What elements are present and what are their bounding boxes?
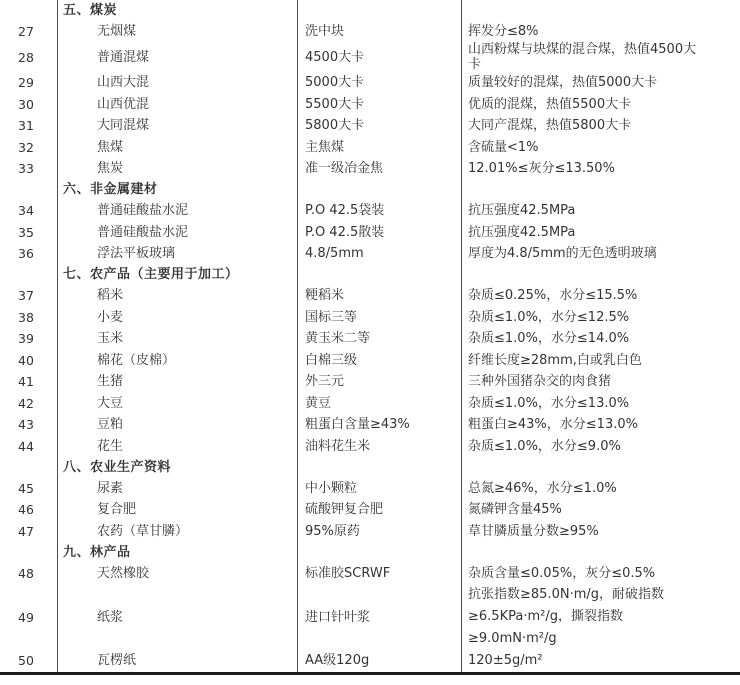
commodity-name: 焦炭 xyxy=(58,158,298,180)
commodity-spec: 黄玉米二等 xyxy=(298,328,462,350)
table-row: 50 瓦楞纸 AA级120g 120±5g/m² xyxy=(0,650,740,672)
commodity-name: 山西优混 xyxy=(58,94,298,116)
row-number-empty xyxy=(0,180,58,201)
commodity-name: 尿素 xyxy=(58,478,298,500)
commodity-spec: 黄豆 xyxy=(298,393,462,415)
section-title: 九、林产品 xyxy=(58,542,298,563)
commodity-spec: 主焦煤 xyxy=(298,137,462,159)
row-number-empty xyxy=(0,0,58,21)
table-row: 49 纸浆 进口针叶浆 抗张指数≥85.0N·m/g，耐破指数 ≥6.5KPa·… xyxy=(0,584,740,650)
row-number: 49 xyxy=(0,584,58,650)
table-row: 39 玉米 黄玉米二等 杂质≤1.0%，水分≤14.0% xyxy=(0,328,740,350)
commodity-name: 生猪 xyxy=(58,371,298,393)
row-number: 39 xyxy=(0,328,58,350)
section-spec-empty xyxy=(298,542,462,563)
commodity-name: 花生 xyxy=(58,436,298,458)
row-number: 27 xyxy=(0,21,58,43)
commodity-spec: 中小颗粒 xyxy=(298,478,462,500)
commodity-description: 总氮≥46%，水分≤1.0% xyxy=(462,478,740,500)
commodity-description: 杂质≤1.0%，水分≤9.0% xyxy=(462,436,740,458)
row-number: 35 xyxy=(0,222,58,244)
commodity-spec: 粳稻米 xyxy=(298,285,462,307)
commodity-description: 抗张指数≥85.0N·m/g，耐破指数 ≥6.5KPa·m²/g，撕裂指数 ≥9… xyxy=(462,584,740,650)
table-row: 45 尿素 中小颗粒 总氮≥46%，水分≤1.0% xyxy=(0,478,740,500)
document-page: 五、煤炭 27 无烟煤 洗中块 挥发分≤8% 28 普通混煤 4500大卡 山西… xyxy=(0,0,740,685)
commodity-spec: 5500大卡 xyxy=(298,94,462,116)
commodity-spec: 准一级冶金焦 xyxy=(298,158,462,180)
table-bottom-rule xyxy=(0,672,740,675)
table-row: 48 天然橡胶 标准胶SCRWF 杂质含量≤0.05%，灰分≤0.5% xyxy=(0,563,740,585)
row-number: 37 xyxy=(0,285,58,307)
table-row: 38 小麦 国标三等 杂质≤1.0%，水分≤12.5% xyxy=(0,307,740,329)
section-desc-empty xyxy=(462,542,740,563)
section-title: 七、农产品（主要用于加工） xyxy=(58,265,298,286)
commodity-name: 稻米 xyxy=(58,285,298,307)
table-row: 40 棉花（皮棉） 白棉三级 纤维长度≥28mm,白或乳白色 xyxy=(0,350,740,372)
section-spec-empty xyxy=(298,265,462,286)
section-title: 六、非金属建材 xyxy=(58,180,298,201)
section-spec-empty xyxy=(298,0,462,21)
table-row: 32 焦煤 主焦煤 含硫量<1% xyxy=(0,137,740,159)
commodity-spec: 5000大卡 xyxy=(298,72,462,94)
table-row: 29 山西大混 5000大卡 质量较好的混煤，热值5000大卡 xyxy=(0,72,740,94)
table-row: 37 稻米 粳稻米 杂质≤0.25%，水分≤15.5% xyxy=(0,285,740,307)
commodity-spec: 硫酸钾复合肥 xyxy=(298,499,462,521)
commodity-name: 大同混煤 xyxy=(58,115,298,137)
row-number: 33 xyxy=(0,158,58,180)
commodity-description: 质量较好的混煤，热值5000大卡 xyxy=(462,72,740,94)
commodity-spec: P.O 42.5袋装 xyxy=(298,200,462,222)
row-number: 50 xyxy=(0,650,58,672)
commodity-name: 无烟煤 xyxy=(58,21,298,43)
row-number: 48 xyxy=(0,563,58,585)
section-row: 九、林产品 xyxy=(0,542,740,563)
section-spec-empty xyxy=(298,180,462,201)
commodity-name: 瓦楞纸 xyxy=(58,650,298,672)
commodity-spec: 洗中块 xyxy=(298,21,462,43)
commodity-spec: 4500大卡 xyxy=(298,42,462,72)
commodity-description: 氮磷钾含量45% xyxy=(462,499,740,521)
row-number-empty xyxy=(0,457,58,478)
commodity-description: 草甘膦质量分数≥95% xyxy=(462,521,740,543)
row-number-empty xyxy=(0,265,58,286)
table-row: 31 大同混煤 5800大卡 大同产混煤，热值5800大卡 xyxy=(0,115,740,137)
commodity-description: 杂质≤1.0%，水分≤14.0% xyxy=(462,328,740,350)
commodity-spec: 95%原药 xyxy=(298,521,462,543)
row-number: 34 xyxy=(0,200,58,222)
table-row: 35 普通硅酸盐水泥 P.O 42.5散装 抗压强度42.5MPa xyxy=(0,222,740,244)
commodity-description: 12.01%≤灰分≤13.50% xyxy=(462,158,740,180)
commodity-name: 普通硅酸盐水泥 xyxy=(58,222,298,244)
commodity-description: 抗压强度42.5MPa xyxy=(462,200,740,222)
table-row: 28 普通混煤 4500大卡 山西粉煤与块煤的混合煤，热值4500大 卡 xyxy=(0,42,740,72)
commodity-name: 小麦 xyxy=(58,307,298,329)
commodity-spec: P.O 42.5散装 xyxy=(298,222,462,244)
row-number: 42 xyxy=(0,393,58,415)
commodity-description: 杂质含量≤0.05%，灰分≤0.5% xyxy=(462,563,740,585)
row-number: 47 xyxy=(0,521,58,543)
commodity-description: 纤维长度≥28mm,白或乳白色 xyxy=(462,350,740,372)
commodity-spec: 4.8/5mm xyxy=(298,243,462,265)
row-number: 41 xyxy=(0,371,58,393)
commodity-spec: 进口针叶浆 xyxy=(298,584,462,650)
commodity-description: 厚度为4.8/5mm的无色透明玻璃 xyxy=(462,243,740,265)
commodity-name: 复合肥 xyxy=(58,499,298,521)
row-number: 31 xyxy=(0,115,58,137)
commodity-description: 大同产混煤，热值5800大卡 xyxy=(462,115,740,137)
row-number: 38 xyxy=(0,307,58,329)
row-number: 46 xyxy=(0,499,58,521)
commodity-description: 杂质≤1.0%，水分≤13.0% xyxy=(462,393,740,415)
section-desc-empty xyxy=(462,265,740,286)
row-number-empty xyxy=(0,542,58,563)
table-row: 44 花生 油料花生米 杂质≤1.0%，水分≤9.0% xyxy=(0,436,740,458)
commodity-spec: 白棉三级 xyxy=(298,350,462,372)
section-desc-empty xyxy=(462,180,740,201)
table-row: 34 普通硅酸盐水泥 P.O 42.5袋装 抗压强度42.5MPa xyxy=(0,200,740,222)
row-number: 40 xyxy=(0,350,58,372)
commodity-spec: AA级120g xyxy=(298,650,462,672)
commodity-spec-table: 五、煤炭 27 无烟煤 洗中块 挥发分≤8% 28 普通混煤 4500大卡 山西… xyxy=(0,0,740,672)
section-row: 六、非金属建材 xyxy=(0,180,740,201)
row-number: 45 xyxy=(0,478,58,500)
commodity-spec: 标准胶SCRWF xyxy=(298,563,462,585)
commodity-name: 浮法平板玻璃 xyxy=(58,243,298,265)
commodity-description: 抗压强度42.5MPa xyxy=(462,222,740,244)
section-title: 八、农业生产资料 xyxy=(58,457,298,478)
row-number: 36 xyxy=(0,243,58,265)
commodity-name: 天然橡胶 xyxy=(58,563,298,585)
commodity-spec: 油料花生米 xyxy=(298,436,462,458)
section-title: 五、煤炭 xyxy=(58,0,298,21)
commodity-name: 玉米 xyxy=(58,328,298,350)
commodity-spec: 外三元 xyxy=(298,371,462,393)
table-row: 36 浮法平板玻璃 4.8/5mm 厚度为4.8/5mm的无色透明玻璃 xyxy=(0,243,740,265)
table-row: 30 山西优混 5500大卡 优质的混煤，热值5500大卡 xyxy=(0,94,740,116)
table-row: 27 无烟煤 洗中块 挥发分≤8% xyxy=(0,21,740,43)
row-number: 28 xyxy=(0,42,58,72)
commodity-description: 杂质≤1.0%，水分≤12.5% xyxy=(462,307,740,329)
commodity-description: 优质的混煤，热值5500大卡 xyxy=(462,94,740,116)
commodity-name: 大豆 xyxy=(58,393,298,415)
commodity-name: 焦煤 xyxy=(58,137,298,159)
row-number: 43 xyxy=(0,414,58,436)
row-number: 32 xyxy=(0,137,58,159)
table-row: 46 复合肥 硫酸钾复合肥 氮磷钾含量45% xyxy=(0,499,740,521)
commodity-description: 杂质≤0.25%，水分≤15.5% xyxy=(462,285,740,307)
commodity-name: 山西大混 xyxy=(58,72,298,94)
row-number: 29 xyxy=(0,72,58,94)
commodity-description: 挥发分≤8% xyxy=(462,21,740,43)
row-number: 44 xyxy=(0,436,58,458)
commodity-name: 农药（草甘膦） xyxy=(58,521,298,543)
table-row: 47 农药（草甘膦） 95%原药 草甘膦质量分数≥95% xyxy=(0,521,740,543)
section-desc-empty xyxy=(462,457,740,478)
commodity-spec: 粗蛋白含量≥43% xyxy=(298,414,462,436)
commodity-spec: 5800大卡 xyxy=(298,115,462,137)
section-spec-empty xyxy=(298,457,462,478)
section-row: 八、农业生产资料 xyxy=(0,457,740,478)
row-number: 30 xyxy=(0,94,58,116)
commodity-name: 棉花（皮棉） xyxy=(58,350,298,372)
section-row: 五、煤炭 xyxy=(0,0,740,21)
commodity-name: 豆粕 xyxy=(58,414,298,436)
commodity-description: 粗蛋白≥43%，水分≤13.0% xyxy=(462,414,740,436)
section-row: 七、农产品（主要用于加工） xyxy=(0,265,740,286)
commodity-spec: 国标三等 xyxy=(298,307,462,329)
table-row: 42 大豆 黄豆 杂质≤1.0%，水分≤13.0% xyxy=(0,393,740,415)
table-row: 33 焦炭 准一级冶金焦 12.01%≤灰分≤13.50% xyxy=(0,158,740,180)
commodity-name: 普通硅酸盐水泥 xyxy=(58,200,298,222)
commodity-description: 三种外国猪杂交的肉食猪 xyxy=(462,371,740,393)
commodity-description: 山西粉煤与块煤的混合煤，热值4500大 卡 xyxy=(462,42,740,72)
table-row: 41 生猪 外三元 三种外国猪杂交的肉食猪 xyxy=(0,371,740,393)
table-row: 43 豆粕 粗蛋白含量≥43% 粗蛋白≥43%，水分≤13.0% xyxy=(0,414,740,436)
commodity-description: 含硫量<1% xyxy=(462,137,740,159)
commodity-name: 纸浆 xyxy=(58,584,298,650)
commodity-name: 普通混煤 xyxy=(58,42,298,72)
section-desc-empty xyxy=(462,0,740,21)
commodity-description: 120±5g/m² xyxy=(462,650,740,672)
